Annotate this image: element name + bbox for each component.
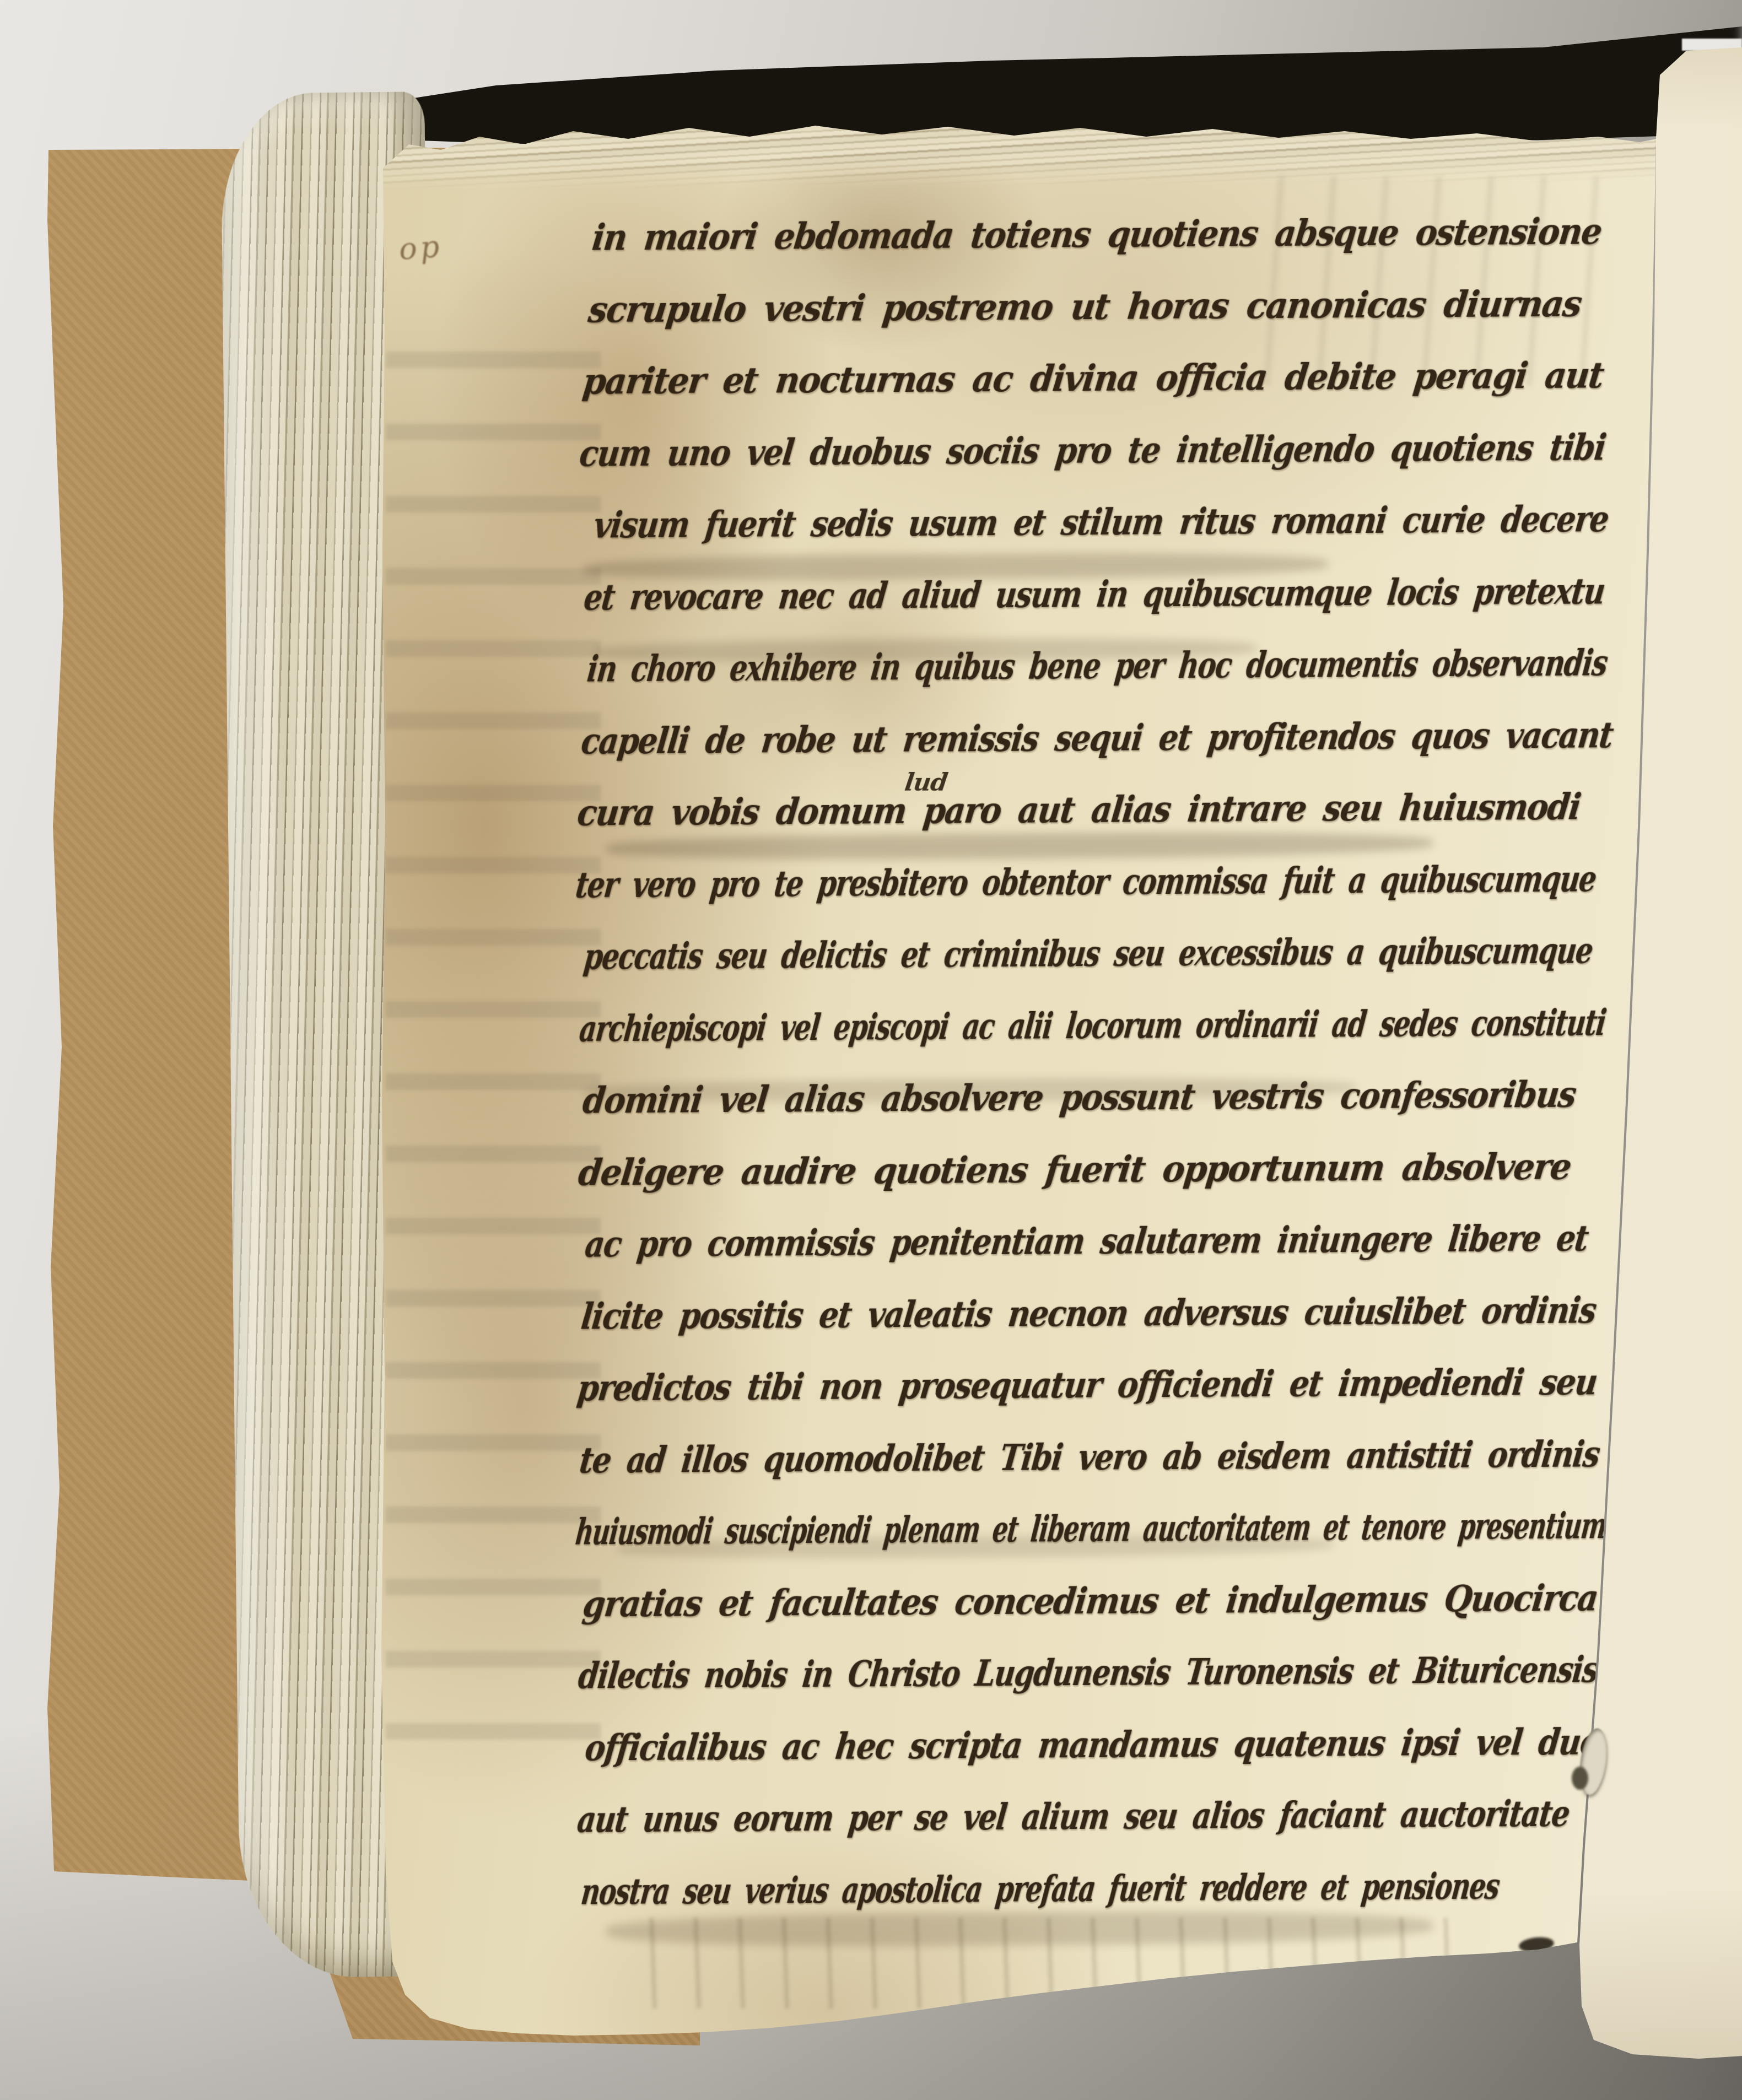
- manuscript-line: pariter et nocturnas ac divina officia d…: [581, 355, 1605, 403]
- manuscript-line: licite possitis et valeatis necnon adver…: [579, 1291, 1598, 1338]
- manuscript-line: gratias et facultates concedimus et indu…: [581, 1578, 1600, 1626]
- manuscript-line: cura vobis domum paro aut alias intrare …: [575, 787, 1583, 834]
- debris-spot: [1572, 1767, 1588, 1790]
- manuscript-line: predictos tibi non prosequatur officiend…: [575, 1362, 1599, 1410]
- manuscript-line: ac pro commissis penitentiam salutarem i…: [583, 1218, 1590, 1266]
- interlinear-note: lud: [903, 769, 949, 797]
- manuscript-line: scrupulo vestri postremo ut horas canoni…: [586, 284, 1583, 331]
- foliation-mark: op: [398, 229, 444, 266]
- manuscript-line: deligere audire quotiens fuerit opportun…: [576, 1147, 1573, 1194]
- manuscript-line: domini vel alias absolvere possunt vestr…: [581, 1075, 1578, 1122]
- manuscript-line: in maiori ebdomada totiens quotiens absq…: [590, 212, 1604, 259]
- manuscript-line: et revocare nec ad aliud usum in quibusc…: [582, 571, 1607, 619]
- manuscript-line: archiepiscopi vel episcopi ac alii locor…: [578, 1003, 1608, 1050]
- manuscript-line: peccatis seu delictis et criminibus seu …: [582, 931, 1595, 978]
- manuscript-line: aut unus eorum per se vel alium seu alio…: [575, 1794, 1572, 1841]
- manuscript-line: dilectis nobis in Christo Lugdunensis Tu…: [576, 1650, 1600, 1697]
- manuscript-line: te ad illos quomodolibet Tibi vero ab ei…: [578, 1434, 1601, 1482]
- manuscript-line: officialibus ac hec scripta mandamus qua…: [583, 1722, 1602, 1769]
- manuscript-line: in choro exhibere in quibus bene per hoc…: [585, 643, 1609, 690]
- manuscript-line: huiusmodi suscipiendi plenam et liberam …: [574, 1506, 1609, 1553]
- scanned-manuscript-photo: { "page": { "foliation_mark": "op", "int…: [0, 0, 1742, 2100]
- manuscript-line: visum fuerit sedis usum et stilum ritus …: [592, 499, 1611, 547]
- manuscript-line: capelli de robe ut remissis sequi et pro…: [579, 715, 1615, 763]
- manuscript-line: ter vero pro te presbitero obtentor comm…: [574, 859, 1598, 906]
- manuscript-line: nostra seu verius apostolica prefata fue…: [579, 1866, 1502, 1913]
- manuscript-line: cum uno vel duobus sociis pro te intelli…: [578, 428, 1608, 475]
